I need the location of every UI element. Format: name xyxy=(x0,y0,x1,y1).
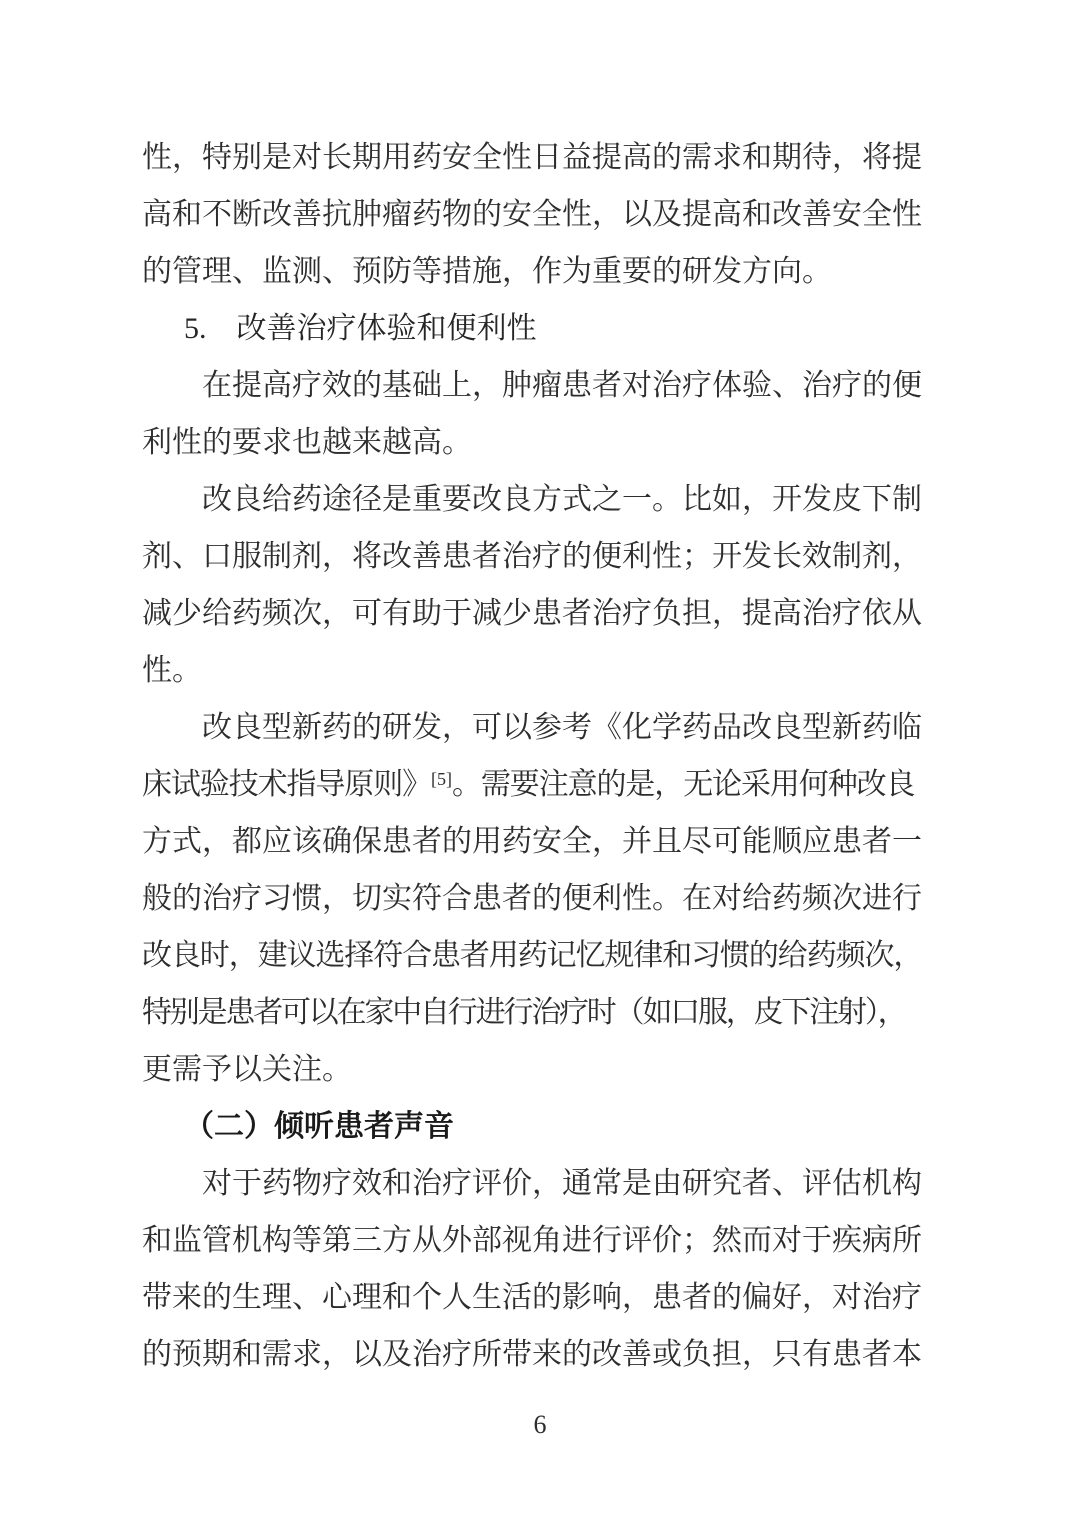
text-line: 高和不断改善抗肿瘤药物的安全性，以及提高和改善安全性 xyxy=(142,186,922,243)
text-segment: 5. 改善治疗体验和便利性 xyxy=(184,312,537,345)
document-body: 性，特别是对长期用药安全性日益提高的需求和期待，将提高和不断改善抗肿瘤药物的安全… xyxy=(142,129,922,1383)
document-page: 性，特别是对长期用药安全性日益提高的需求和期待，将提高和不断改善抗肿瘤药物的安全… xyxy=(0,0,1080,1528)
text-line: 带来的生理、心理和个人生活的影响，患者的偏好，对治疗 xyxy=(142,1269,922,1326)
text-line: 性，特别是对长期用药安全性日益提高的需求和期待，将提 xyxy=(142,129,922,186)
text-segment: 在提高疗效的基础上，肿瘤患者对治疗体验、治疗的便 xyxy=(202,369,922,402)
text-segment: 和监管机构等第三方从外部视角进行评价；然而对于疾病所 xyxy=(142,1224,922,1257)
page-number: 6 xyxy=(0,1410,1080,1440)
text-line: 的管理、监测、预防等措施，作为重要的研发方向。 xyxy=(142,243,922,300)
text-segment: 特别是患者可以在家中自行进行治疗时（如口服，皮下注射）， xyxy=(142,996,905,1029)
text-line: 减少给药频次，可有助于减少患者治疗负担，提高治疗依从 xyxy=(142,585,922,642)
text-line: 的预期和需求，以及治疗所带来的改善或负担，只有患者本 xyxy=(142,1326,922,1383)
text-line: 改良型新药的研发，可以参考《化学药品改良型新药临 xyxy=(142,699,922,756)
text-segment: 更需予以关注。 xyxy=(142,1053,352,1086)
text-line: 特别是患者可以在家中自行进行治疗时（如口服，皮下注射）， xyxy=(142,984,922,1041)
text-line: 改良给药途径是重要改良方式之一。比如，开发皮下制 xyxy=(142,471,922,528)
text-segment: 性，特别是对长期用药安全性日益提高的需求和期待，将提 xyxy=(142,141,922,174)
text-segment: 改良型新药的研发，可以参考《化学药品改良型新药临 xyxy=(202,711,922,744)
text-segment: 剂、口服制剂，将改善患者治疗的便利性；开发长效制剂， xyxy=(142,540,922,573)
text-line: 更需予以关注。 xyxy=(142,1041,922,1098)
text-line: 般的治疗习惯，切实符合患者的便利性。在对给药频次进行 xyxy=(142,870,922,927)
text-segment: 的管理、监测、预防等措施，作为重要的研发方向。 xyxy=(142,255,832,288)
section-heading-5: 5. 改善治疗体验和便利性 xyxy=(142,300,922,357)
text-line: 在提高疗效的基础上，肿瘤患者对治疗体验、治疗的便 xyxy=(142,357,922,414)
text-segment: 利性的要求也越来越高。 xyxy=(142,426,472,459)
text-segment: 高和不断改善抗肿瘤药物的安全性，以及提高和改善安全性 xyxy=(142,198,922,231)
text-segment: 般的治疗习惯，切实符合患者的便利性。在对给药频次进行 xyxy=(142,882,922,915)
text-segment: 减少给药频次，可有助于减少患者治疗负担，提高治疗依从 xyxy=(142,597,922,630)
text-line: 和监管机构等第三方从外部视角进行评价；然而对于疾病所 xyxy=(142,1212,922,1269)
text-segment: 。需要注意的是，无论采用何种改良 xyxy=(452,768,914,801)
text-segment: 带来的生理、心理和个人生活的影响，患者的偏好，对治疗 xyxy=(142,1281,922,1314)
text-line: 性。 xyxy=(142,642,922,699)
section-heading-2: （二）倾听患者声音 xyxy=(142,1098,922,1155)
text-segment: 性。 xyxy=(142,654,202,687)
text-segment: 改良时，建议选择符合患者用药记忆规律和习惯的给药频次， xyxy=(142,939,922,972)
text-segment: 对于药物疗效和治疗评价，通常是由研究者、评估机构 xyxy=(202,1167,922,1200)
text-line: 方式，都应该确保患者的用药安全，并且尽可能顺应患者一 xyxy=(142,813,922,870)
text-segment: （二）倾听患者声音 xyxy=(184,1110,454,1143)
text-segment: 床试验技术指导原则》 xyxy=(142,768,431,801)
text-line: 改良时，建议选择符合患者用药记忆规律和习惯的给药频次， xyxy=(142,927,922,984)
footnote-ref: [5] xyxy=(431,769,452,789)
text-line: 床试验技术指导原则》[5]。需要注意的是，无论采用何种改良 xyxy=(142,756,922,813)
text-line: 利性的要求也越来越高。 xyxy=(142,414,922,471)
text-line: 对于药物疗效和治疗评价，通常是由研究者、评估机构 xyxy=(142,1155,922,1212)
text-segment: 的预期和需求，以及治疗所带来的改善或负担，只有患者本 xyxy=(142,1338,922,1371)
text-segment: 改良给药途径是重要改良方式之一。比如，开发皮下制 xyxy=(202,483,922,516)
text-line: 剂、口服制剂，将改善患者治疗的便利性；开发长效制剂， xyxy=(142,528,922,585)
text-segment: 方式，都应该确保患者的用药安全，并且尽可能顺应患者一 xyxy=(142,825,922,858)
